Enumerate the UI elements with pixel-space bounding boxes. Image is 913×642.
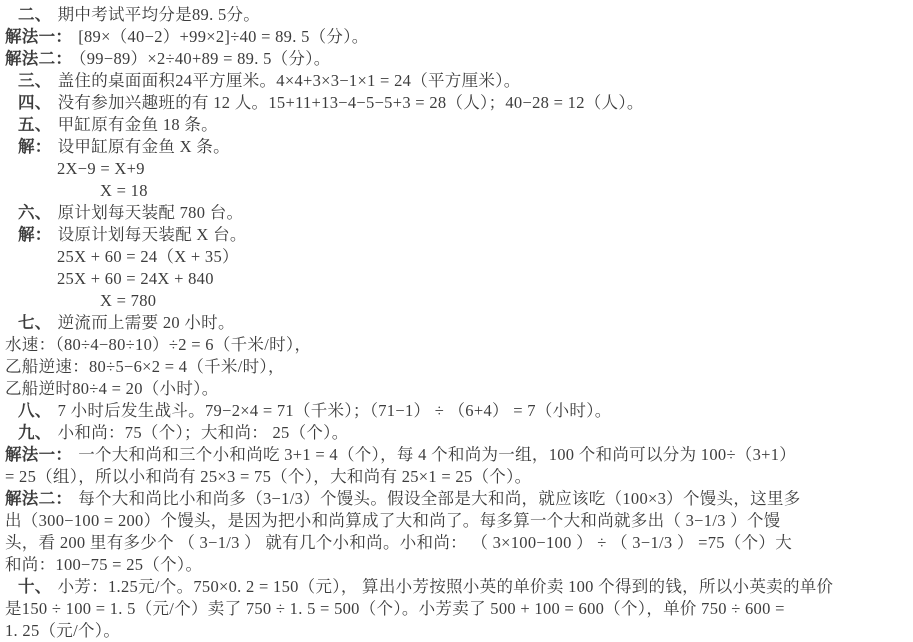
- line-label: 解：: [18, 225, 52, 244]
- line-text: 2X−9 = X+9: [57, 159, 145, 178]
- line-label: 五、: [18, 115, 52, 134]
- answer-line: 六、原计划每天装配 780 台。: [0, 202, 913, 224]
- answer-line: 解：设原计划每天装配 X 台。: [0, 224, 913, 246]
- line-text: 甲缸原有金鱼 18 条。: [58, 115, 218, 134]
- line-text: 25X + 60 = 24X + 840: [57, 269, 214, 288]
- line-text: 乙船逆时80÷4 = 20（小时）。: [5, 379, 219, 398]
- line-text: 设甲缸原有金鱼 X 条。: [58, 137, 230, 156]
- answer-line: 乙船逆速：80÷5−6×2 = 4（千米/时），: [0, 356, 913, 378]
- line-text: 是150 ÷ 100 = 1. 5（元/个）卖了 750 ÷ 1. 5 = 50…: [5, 599, 785, 618]
- answer-line: 和尚：100−75 = 25（个）。: [0, 554, 913, 576]
- answer-line: X = 780: [0, 290, 913, 312]
- answer-line: 水速：（80÷4−80÷10）÷2 = 6（千米/时），: [0, 334, 913, 356]
- line-text: 乙船逆速：80÷5−6×2 = 4（千米/时），: [5, 357, 285, 376]
- answer-line: 解法二：（99−89）×2÷40+89 = 89. 5（分）。: [0, 48, 913, 70]
- line-label: 八、: [18, 401, 52, 420]
- answer-line: 解法一：[89×（40−2）+99×2]÷40 = 89. 5（分）。: [0, 26, 913, 48]
- line-text: 小芳：1.25元/个。750×0. 2 = 150（元）， 算出小芳按照小英的单…: [58, 577, 834, 596]
- line-text: 设原计划每天装配 X 台。: [58, 225, 247, 244]
- line-text: X = 18: [100, 181, 148, 200]
- answer-line: 25X + 60 = 24（X + 35）: [0, 246, 913, 268]
- line-text: 1. 25（元/个）。: [5, 621, 120, 640]
- line-text: 原计划每天装配 780 台。: [58, 203, 244, 222]
- line-text: 头，看 200 里有多少个 （ 3−1/3 ） 就有几个小和尚。小和尚： （ 3…: [5, 533, 792, 552]
- line-text: 和尚：100−75 = 25（个）。: [5, 555, 202, 574]
- line-text: （99−89）×2÷40+89 = 89. 5（分）。: [78, 49, 330, 68]
- answer-lines-container: 二、期中考试平均分是89. 5分。解法一：[89×（40−2）+99×2]÷40…: [0, 4, 913, 642]
- line-text: 每个大和尚比小和尚多（3−1/3）个馒头。假设全部是大和尚，就应该吃（100×3…: [78, 489, 800, 508]
- line-label: 七、: [18, 313, 52, 332]
- answer-line: 解：设甲缸原有金鱼 X 条。: [0, 136, 913, 158]
- line-text: 7 小时后发生战斗。79−2×4 = 71（千米）；（71−1） ÷ （6+4）…: [58, 401, 612, 420]
- line-label: 三、: [18, 71, 52, 90]
- answer-line: 乙船逆时80÷4 = 20（小时）。: [0, 378, 913, 400]
- answer-line: 八、7 小时后发生战斗。79−2×4 = 71（千米）；（71−1） ÷ （6+…: [0, 400, 913, 422]
- answer-line: 1. 25（元/个）。: [0, 620, 913, 642]
- line-label: 解：: [18, 137, 52, 156]
- line-label: 解法一：: [5, 27, 72, 46]
- answer-line: 解法一：一个大和尚和三个小和尚吃 3+1 = 4（个），每 4 个和尚为一组，1…: [0, 444, 913, 466]
- answer-line: 十、小芳：1.25元/个。750×0. 2 = 150（元）， 算出小芳按照小英…: [0, 576, 913, 598]
- line-text: 出（300−100 = 200）个馒头，是因为把小和尚算成了大和尚了。每多算一个…: [5, 511, 781, 530]
- document-page: 二、期中考试平均分是89. 5分。解法一：[89×（40−2）+99×2]÷40…: [0, 0, 913, 642]
- line-label: 解法一：: [5, 445, 72, 464]
- line-text: 逆流而上需要 20 小时。: [58, 313, 235, 332]
- line-label: 六、: [18, 203, 52, 222]
- line-label: 十、: [18, 577, 52, 596]
- line-text: 水速：（80÷4−80÷10）÷2 = 6（千米/时），: [5, 335, 311, 354]
- answer-line: 五、甲缸原有金鱼 18 条。: [0, 114, 913, 136]
- answer-line: 25X + 60 = 24X + 840: [0, 268, 913, 290]
- line-text: 没有参加兴趣班的有 12 人。15+11+13−4−5−5+3 = 28（人）；…: [58, 93, 644, 112]
- answer-line: 解法二：每个大和尚比小和尚多（3−1/3）个馒头。假设全部是大和尚，就应该吃（1…: [0, 488, 913, 510]
- line-label: 二、: [18, 5, 52, 24]
- answer-line: 2X−9 = X+9: [0, 158, 913, 180]
- answer-line: 是150 ÷ 100 = 1. 5（元/个）卖了 750 ÷ 1. 5 = 50…: [0, 598, 913, 620]
- line-label: 解法二：: [5, 49, 72, 68]
- line-label: 九、: [18, 423, 52, 442]
- answer-line: 九、小和尚：75（个）；大和尚： 25（个）。: [0, 422, 913, 444]
- answer-line: 头，看 200 里有多少个 （ 3−1/3 ） 就有几个小和尚。小和尚： （ 3…: [0, 532, 913, 554]
- line-text: 期中考试平均分是89. 5分。: [58, 5, 261, 24]
- answer-line: 四、没有参加兴趣班的有 12 人。15+11+13−4−5−5+3 = 28（人…: [0, 92, 913, 114]
- answer-line: 二、期中考试平均分是89. 5分。: [0, 4, 913, 26]
- line-label: 解法二：: [5, 489, 72, 508]
- answer-line: 出（300−100 = 200）个馒头，是因为把小和尚算成了大和尚了。每多算一个…: [0, 510, 913, 532]
- line-text: X = 780: [100, 291, 156, 310]
- answer-line: X = 18: [0, 180, 913, 202]
- answer-line: 三、盖住的桌面面积24平方厘米。4×4+3×3−1×1 = 24（平方厘米）。: [0, 70, 913, 92]
- line-label: 四、: [18, 93, 52, 112]
- line-text: [89×（40−2）+99×2]÷40 = 89. 5（分）。: [78, 27, 368, 46]
- line-text: 一个大和尚和三个小和尚吃 3+1 = 4（个），每 4 个和尚为一组，100 个…: [78, 445, 796, 464]
- line-text: 25X + 60 = 24（X + 35）: [57, 247, 239, 266]
- line-text: 盖住的桌面面积24平方厘米。4×4+3×3−1×1 = 24（平方厘米）。: [58, 71, 521, 90]
- line-text: 小和尚：75（个）；大和尚： 25（个）。: [58, 423, 349, 442]
- answer-line: 七、逆流而上需要 20 小时。: [0, 312, 913, 334]
- answer-line: = 25（组），所以小和尚有 25×3 = 75（个），大和尚有 25×1 = …: [0, 466, 913, 488]
- line-text: = 25（组），所以小和尚有 25×3 = 75（个），大和尚有 25×1 = …: [5, 467, 531, 486]
